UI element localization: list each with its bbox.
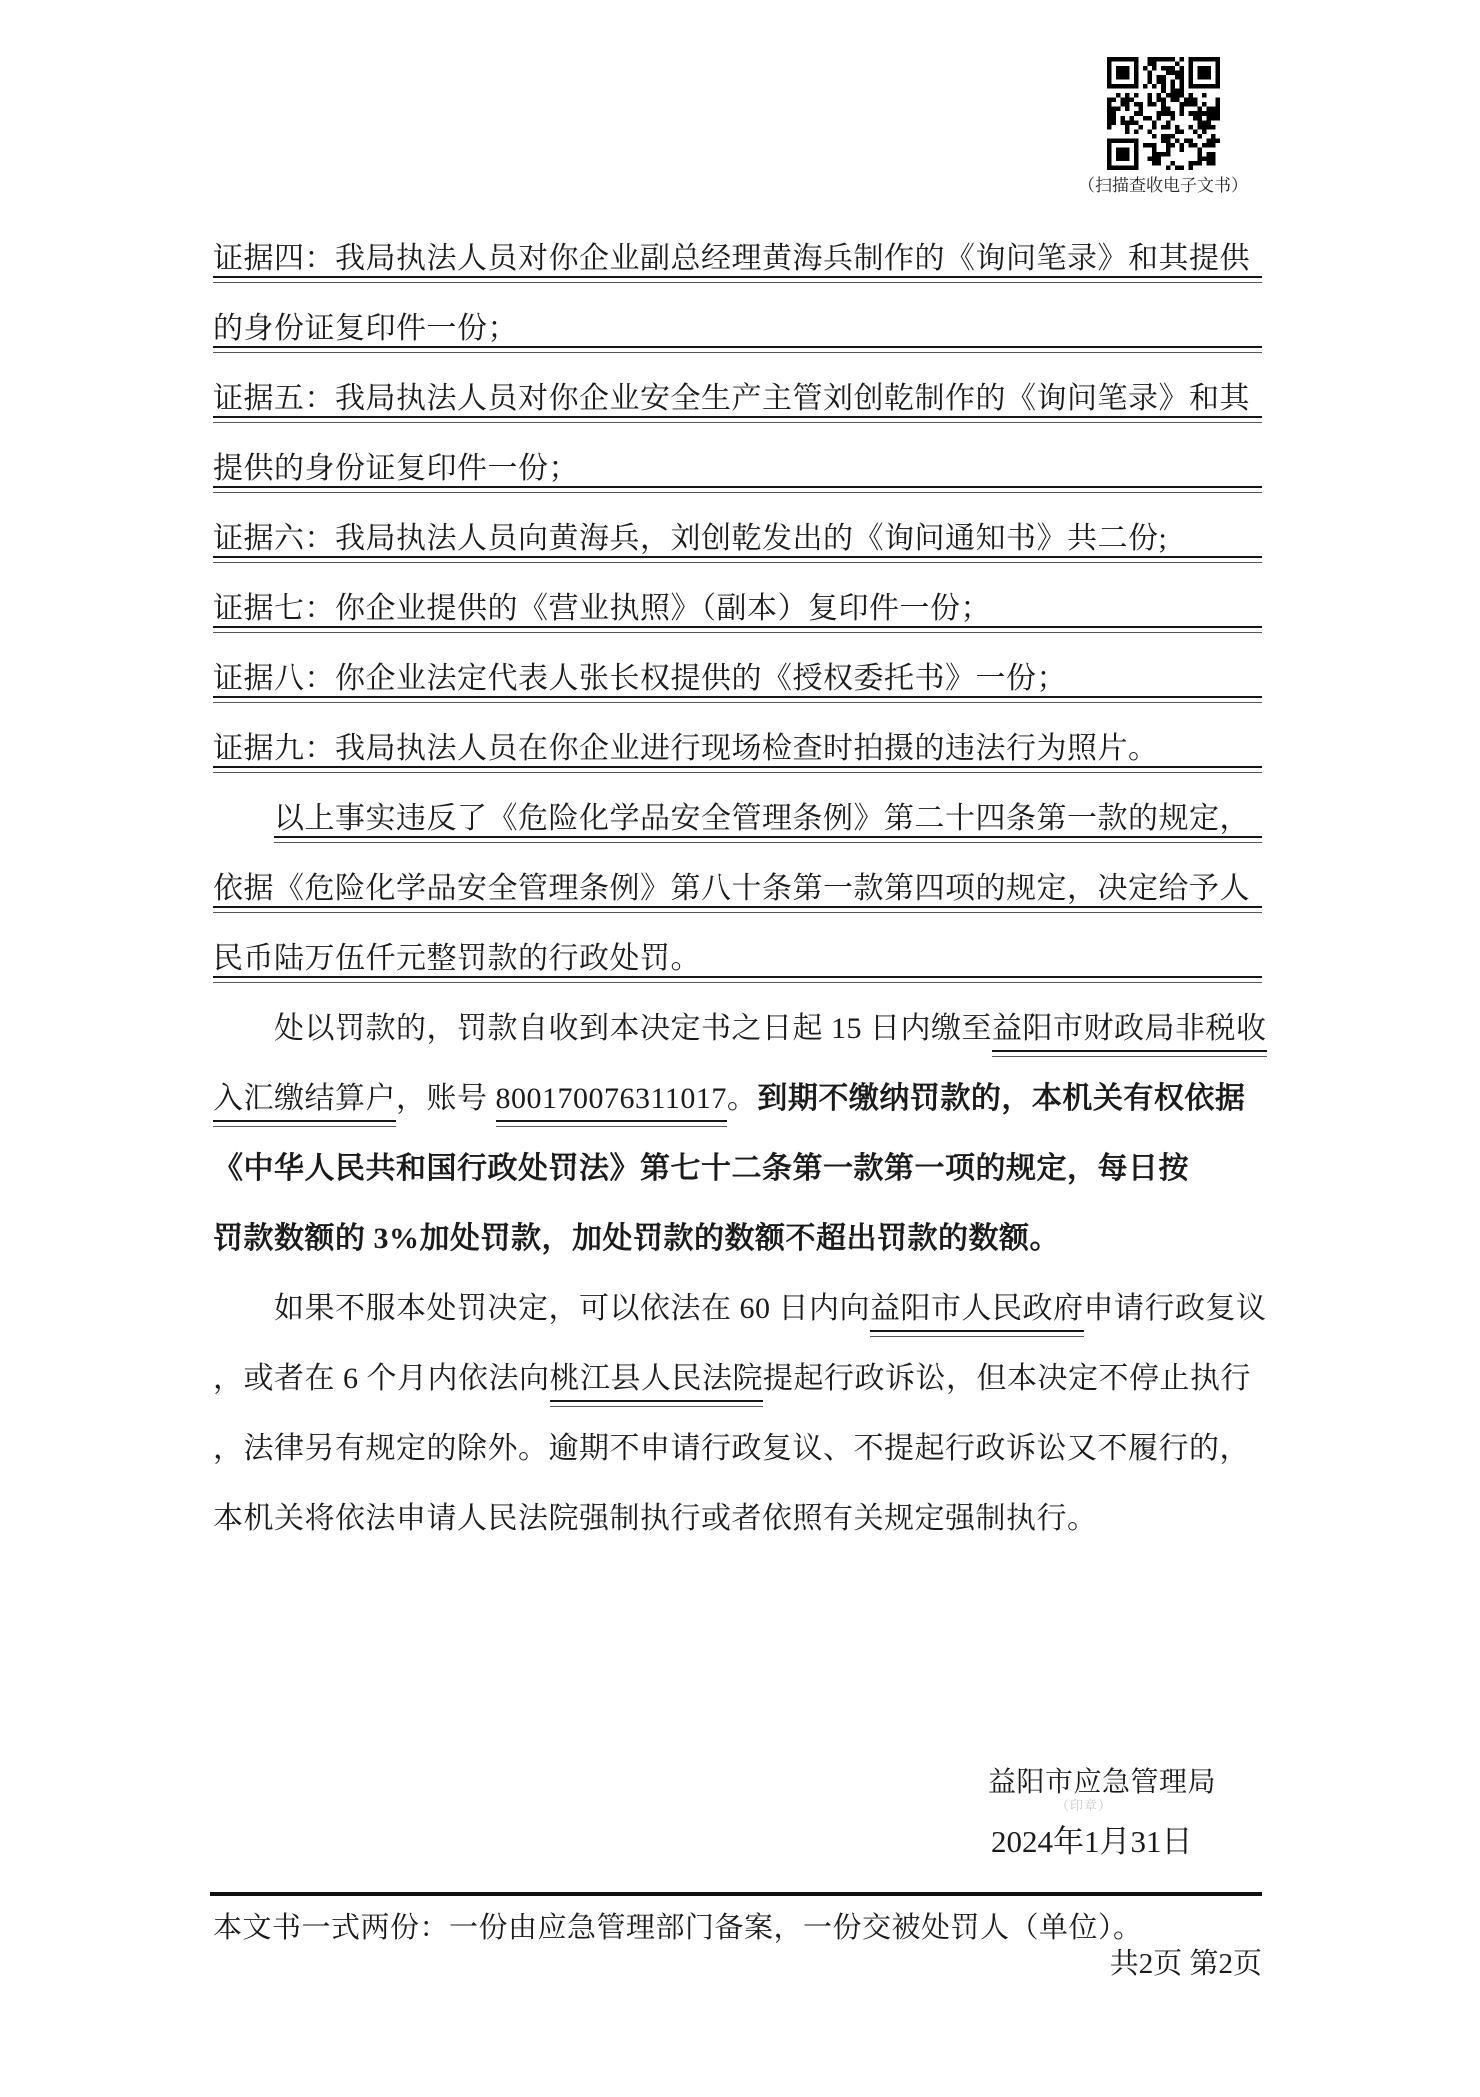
text-segment: 证据九：我局执法人员在你企业进行现场检查时拍摄的违法行为照片。 (213, 732, 1159, 765)
text-segment: ，法律另有规定的除外。逾期不申请行政复议、不提起行政诉讼又不履行的， (213, 1432, 1250, 1465)
text-segment: 《中华人民共和国行政处罚法》第七十二条第一款第一项的规定，每日按 (213, 1152, 1189, 1185)
document-line: 罚款数额的 3%加处罚款，加处罚款的数额不超出罚款的数额。 (213, 1204, 1262, 1274)
text-segment: 本机关将依法申请人民法院强制执行或者依照有关规定强制执行。 (213, 1502, 1098, 1535)
document-line: 如果不服本处罚决定，可以依法在 60 日内向益阳市人民政府申请行政复议 (213, 1274, 1262, 1344)
text-segment: 罚款数额的 3%加处罚款，加处罚款的数额不超出罚款的数额。 (213, 1222, 1060, 1255)
document-line: 民币陆万伍仟元整罚款的行政处罚。 (213, 924, 1262, 994)
document-line: 的身份证复印件一份； (213, 294, 1262, 364)
underlined-text: 益阳市人民政府 (870, 1292, 1084, 1332)
document-line: 本机关将依法申请人民法院强制执行或者依照有关规定强制执行。 (213, 1484, 1262, 1554)
document-line: 《中华人民共和国行政处罚法》第七十二条第一款第一项的规定，每日按 (213, 1134, 1262, 1204)
document-line: ，或者在 6 个月内依法向桃江县人民法院提起行政诉讼，但本决定不停止执行 (213, 1344, 1262, 1414)
document-line: 证据八：你企业法定代表人张长权提供的《授权委托书》一份； (213, 644, 1262, 714)
document-line: 证据四：我局执法人员对你企业副总经理黄海兵制作的《询问笔录》和其提供 (213, 224, 1262, 294)
underlined-text: 益阳市财政局非税收 (992, 1012, 1267, 1052)
text-segment: 依据《危险化学品安全管理条例》第八十条第一款第四项的规定，决定给予人 (213, 872, 1250, 905)
document-line: 证据九：我局执法人员在你企业进行现场检查时拍摄的违法行为照片。 (213, 714, 1262, 784)
document-line: 入汇缴结算户，账号 800170076311017。到期不缴纳罚款的，本机关有权… (213, 1064, 1262, 1134)
issuing-authority: 益阳市应急管理局 (988, 1760, 1216, 1800)
text-segment: 证据七：你企业提供的《营业执照》（副本）复印件一份； (213, 592, 991, 625)
footer-note: 本文书一式两份：一份由应急管理部门备案，一份交被处罚人（单位）。 (213, 1905, 1143, 1946)
document-line: 证据七：你企业提供的《营业执照》（副本）复印件一份； (213, 574, 1262, 644)
document-line: 处以罚款的，罚款自收到本决定书之日起 15 日内缴至益阳市财政局非税收 (213, 994, 1262, 1064)
text-segment: 证据四：我局执法人员对你企业副总经理黄海兵制作的《询问笔录》和其提供 (213, 242, 1250, 275)
document-line: ，法律另有规定的除外。逾期不申请行政复议、不提起行政诉讼又不履行的， (213, 1414, 1262, 1484)
document-line: 提供的身份证复印件一份； (213, 434, 1262, 504)
text-segment: 民币陆万伍仟元整罚款的行政处罚。 (213, 942, 701, 975)
qr-code (1107, 57, 1220, 170)
document-line: 证据六：我局执法人员向黄海兵，刘创乾发出的《询问通知书》共二份; (213, 504, 1262, 574)
document-body: 证据四：我局执法人员对你企业副总经理黄海兵制作的《询问笔录》和其提供的身份证复印… (213, 224, 1262, 1554)
qr-caption: （扫描查收电子文书） (1063, 171, 1263, 196)
text-segment: 证据六：我局执法人员向黄海兵，刘创乾发出的《询问通知书》共二份; (213, 522, 1167, 555)
text-segment: ，账号 (396, 1082, 496, 1115)
seal-placeholder: （印章） (1056, 1795, 1112, 1814)
text-segment: 处以罚款的，罚款自收到本决定书之日起 15 日内缴至 (274, 1012, 992, 1045)
text-segment: 提供的身份证复印件一份； (213, 452, 579, 485)
text-segment: 提起行政诉讼，但本决定不停止执行 (763, 1362, 1251, 1395)
text-segment: 的身份证复印件一份； (213, 312, 518, 345)
text-segment: 申请行政复议 (1084, 1292, 1267, 1325)
footer-divider (210, 1892, 1262, 1896)
document-line: 以上事实违反了《危险化学品安全管理条例》第二十四条第一款的规定， (213, 784, 1262, 854)
underlined-text: 入汇缴结算户 (213, 1082, 396, 1122)
text-segment: ，或者在 6 个月内依法向 (213, 1362, 550, 1395)
underlined-text: 800170076311017 (496, 1082, 727, 1122)
text-segment: 以上事实违反了《危险化学品安全管理条例》第二十四条第一款的规定， (274, 802, 1250, 835)
text-segment: 证据五：我局执法人员对你企业安全生产主管刘创乾制作的《询问笔录》和其 (213, 382, 1250, 415)
issue-date: 2024年1月31日 (991, 1816, 1193, 1861)
text-segment: 到期不缴纳罚款的，本机关有权依据 (757, 1082, 1245, 1115)
underlined-text: 桃江县人民法院 (550, 1362, 764, 1402)
qr-code-image (1107, 57, 1220, 170)
text-segment: 证据八：你企业法定代表人张长权提供的《授权委托书》一份； (213, 662, 1067, 695)
text-segment: 。 (727, 1082, 758, 1115)
text-segment: 如果不服本处罚决定，可以依法在 60 日内向 (274, 1292, 870, 1325)
document-line: 证据五：我局执法人员对你企业安全生产主管刘创乾制作的《询问笔录》和其 (213, 364, 1262, 434)
document-line: 依据《危险化学品安全管理条例》第八十条第一款第四项的规定，决定给予人 (213, 854, 1262, 924)
page-number: 共2页 第2页 (1110, 1941, 1262, 1982)
document-page: （扫描查收电子文书） 证据四：我局执法人员对你企业副总经理黄海兵制作的《询问笔录… (0, 0, 1480, 2097)
